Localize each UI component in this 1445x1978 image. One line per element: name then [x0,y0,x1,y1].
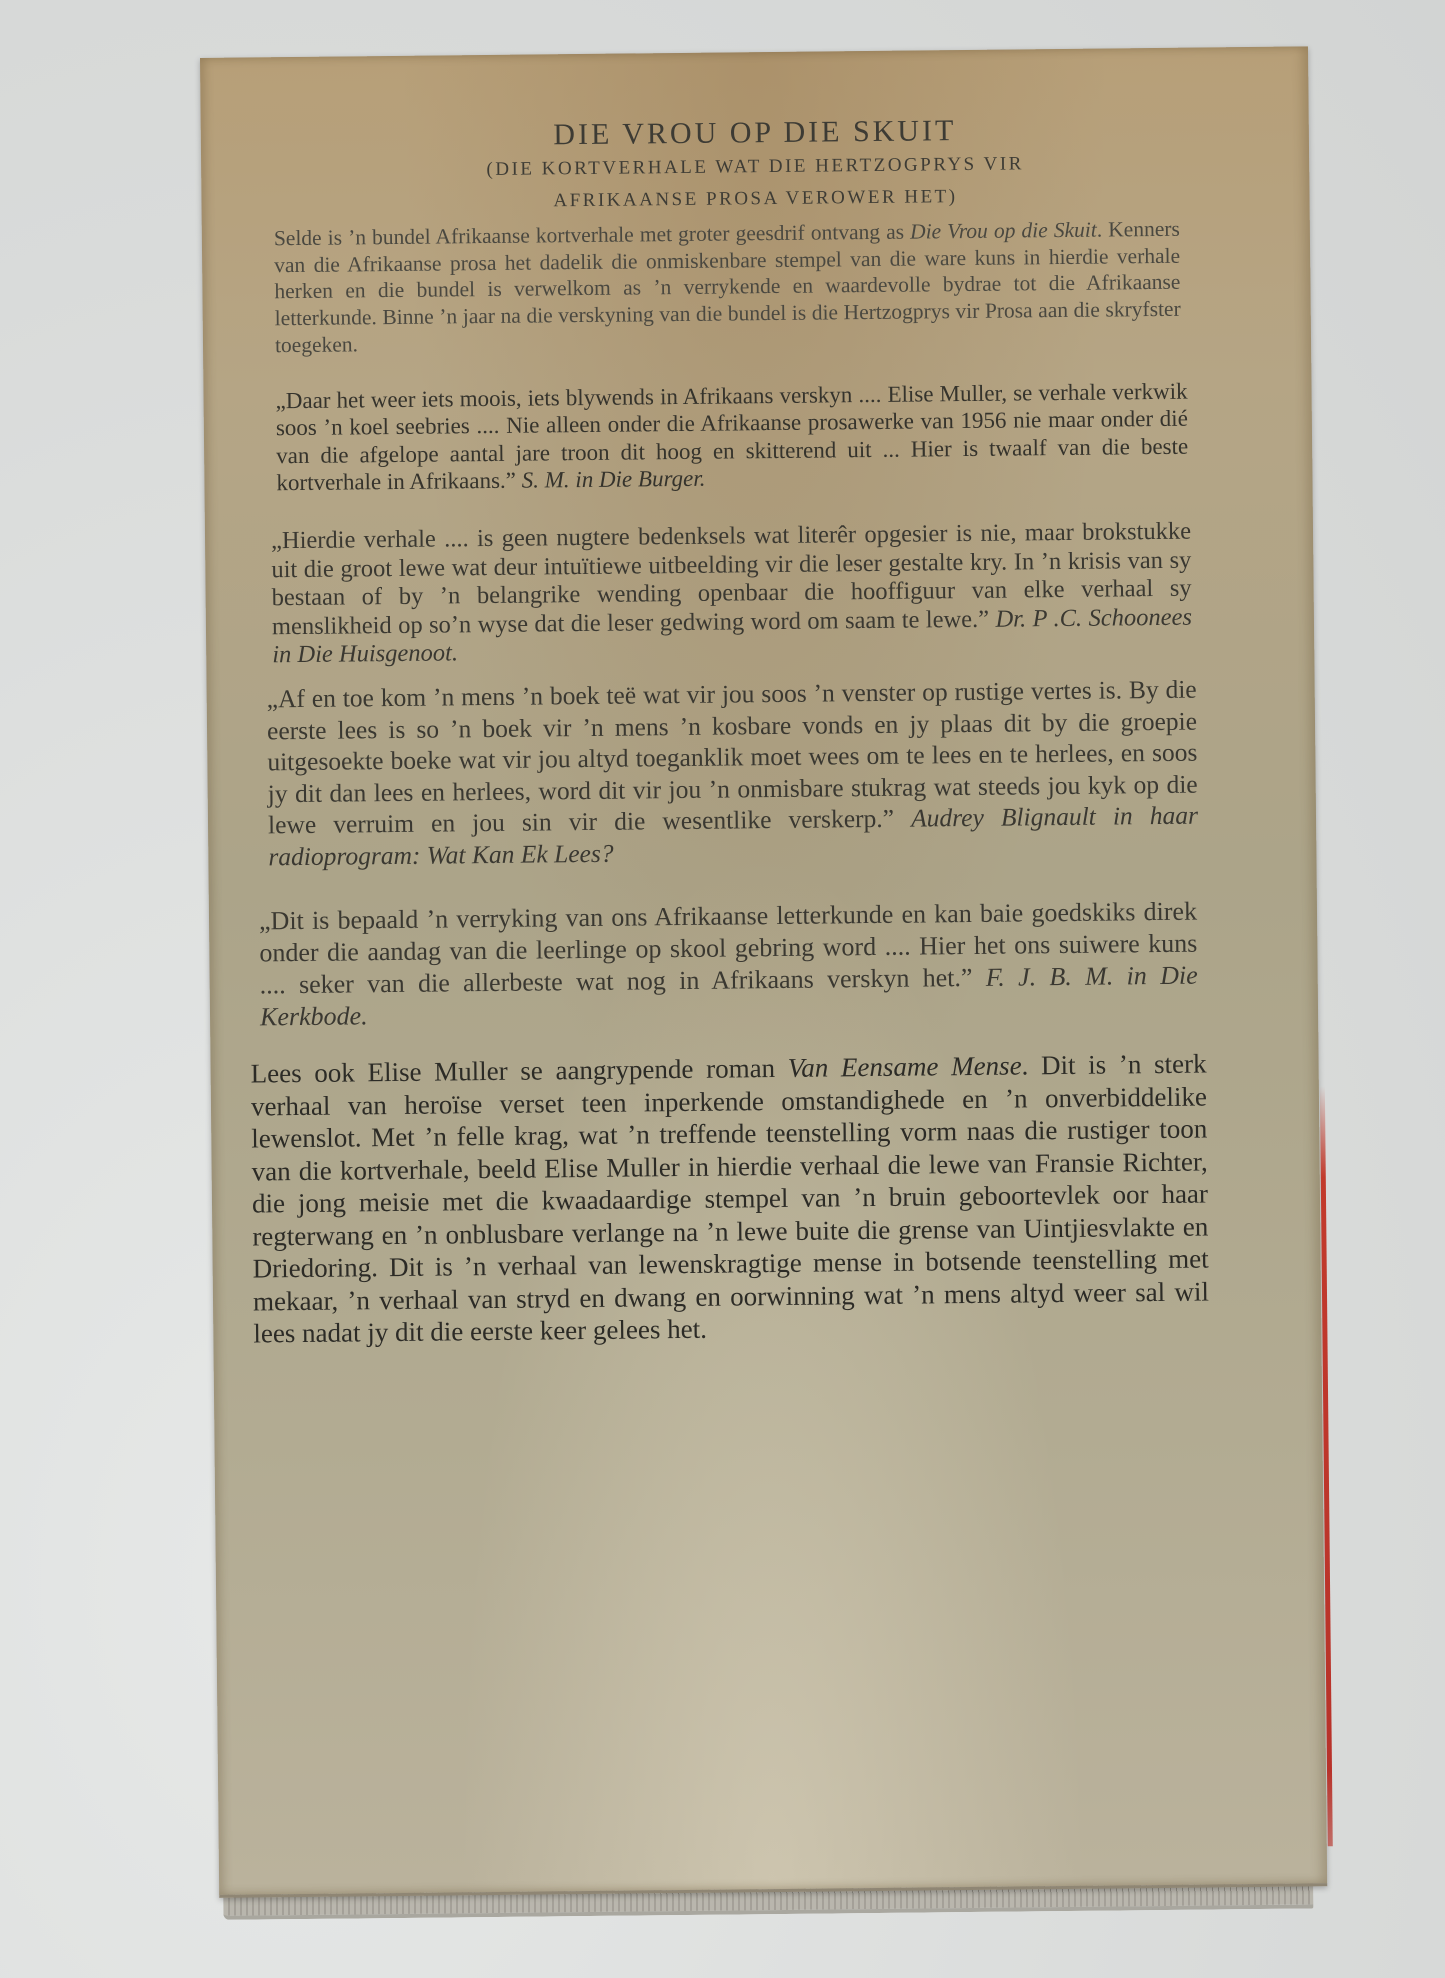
review-die-kerkbode: „Dit is bepaald ’n verryking van ons Afr… [259,896,1198,1034]
review-attribution: S. M. in Die Burger. [522,466,706,493]
review-quote: „Daar het weer iets moois, iets blywends… [275,379,1188,496]
other-novel-title: Van Eensame Mense [788,1050,1022,1082]
book: DIE VROU OP DIE SKUIT (DIE KORTVERHALE W… [200,46,1327,1898]
intro-text: Selde is ’n bundel Afrikaanse kortverhal… [274,220,910,251]
intro-paragraph: Selde is ’n bundel Afrikaanse kortverhal… [274,216,1181,359]
intro-book-title: Die Vrou op die Skuit [910,218,1097,244]
other-novel-text: Lees ook Elise Muller se aangrypende rom… [250,1053,787,1089]
review-die-huisgenoot: „Hierdie verhale .... is geen nugtere be… [271,518,1192,670]
other-novel-text-continued: . Dit is ’n sterk verhaal van heroïse ve… [251,1049,1209,1349]
other-novel-paragraph: Lees ook Elise Muller se aangrypende rom… [250,1048,1209,1350]
review-audrey-blignault: „Af en toe kom ’n mens ’n boek teë wat v… [267,674,1199,873]
review-die-burger: „Daar het weer iets moois, iets blywends… [275,378,1188,497]
